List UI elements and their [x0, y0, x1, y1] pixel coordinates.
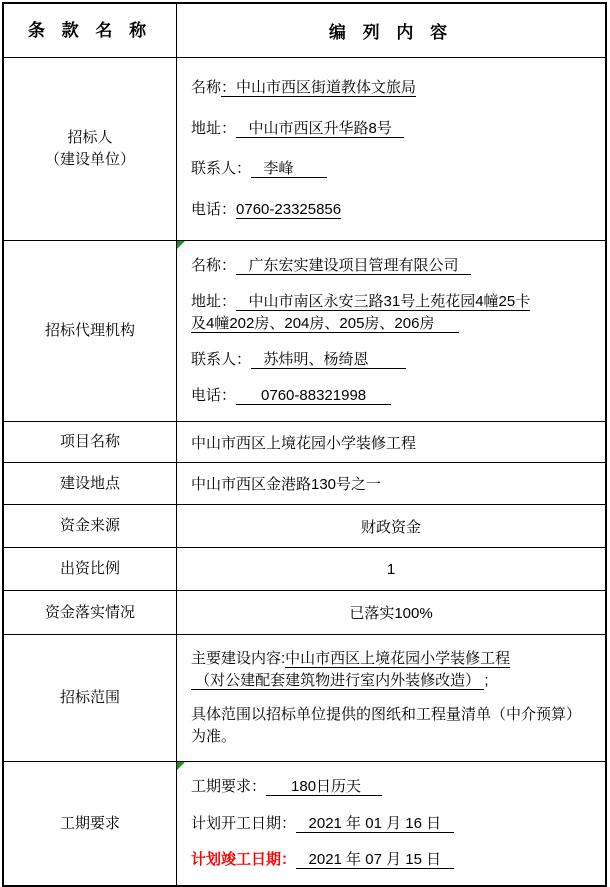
agency-address-line: 地址： 中山市南区永安三路31号上苑花园4幢25卡及4幢202房、204房、20… — [191, 291, 595, 335]
row-location: 建设地点 中山市西区金港路130号之一 — [4, 463, 605, 505]
tenderer-address-label: 地址： — [191, 120, 236, 137]
location-value: 中山市西区金港路130号之一 — [177, 463, 605, 504]
agency-address-value-line1: 中山市南区永安三路31号上苑花园4幢25卡 — [236, 293, 530, 311]
scope-main-line1: 中山市西区上境花园小学装修工程 — [285, 650, 510, 668]
schedule-finish-date-value: 2021 年 07 月 15 日 — [296, 851, 454, 869]
scope-main-label: 主要建设内容: — [191, 650, 285, 667]
project-name-value: 中山市西区上境花园小学装修工程 — [177, 422, 605, 462]
tenderer-phone-line: 电话：0760-23325856 — [191, 199, 595, 221]
schedule-label: 工期要求 — [4, 762, 177, 885]
tenderer-contact-label: 联系人： — [191, 160, 251, 177]
table-header-row: 条 款 名 称 编 列 内 容 — [4, 4, 605, 58]
tenderer-label-line2: （建设单位） — [45, 149, 135, 171]
agency-name-value: 广东宏实建设项目管理有限公司 — [236, 257, 471, 275]
tenderer-name-label: 名称 — [191, 79, 221, 96]
schedule-content-cell: 工期要求： 180日历天 计划开工日期： 2021 年 01 月 16 日 计划… — [177, 762, 605, 885]
funding-ratio-label: 出资比例 — [4, 548, 177, 590]
location-cell: 中山市西区金港路130号之一 — [177, 463, 605, 504]
funding-source-label: 资金来源 — [4, 505, 177, 547]
funding-source-value: 财政资金 — [177, 505, 605, 547]
scope-content-cell: 主要建设内容:中山市西区上境花园小学装修工程 （对公建配套建筑物进行室内外装修改… — [177, 635, 605, 761]
agency-address-label: 地址： — [191, 293, 236, 310]
tenderer-address-value: 中山市西区升华路8号 — [236, 120, 404, 138]
header-content: 编 列 内 容 — [177, 4, 605, 57]
agency-label: 招标代理机构 — [4, 241, 177, 421]
funding-source-cell: 财政资金 — [177, 505, 605, 547]
tenderer-content-cell: 名称：中山市西区街道教体文旅局 地址： 中山市西区升华路8号 联系人： 李峰 电… — [177, 58, 605, 240]
row-scope: 招标范围 主要建设内容:中山市西区上境花园小学装修工程 （对公建配套建筑物进行室… — [4, 635, 605, 762]
agency-contact-line: 联系人： 苏炜明、杨绮恩 — [191, 349, 595, 371]
funding-status-cell: 已落实100% — [177, 591, 605, 634]
comment-flag-icon — [177, 241, 185, 249]
project-name-label: 项目名称 — [4, 422, 177, 462]
agency-contact-value: 苏炜明、杨绮恩 — [251, 351, 406, 369]
schedule-duration-label: 工期要求： — [191, 778, 266, 795]
row-agency: 招标代理机构 名称： 广东宏实建设项目管理有限公司 地址： 中山市南区永安三路3… — [4, 241, 605, 422]
tenderer-phone-value: 0760-23325856 — [236, 201, 341, 219]
row-funding-source: 资金来源 财政资金 — [4, 505, 605, 548]
agency-contact-label: 联系人： — [191, 351, 251, 368]
funding-status-label: 资金落实情况 — [4, 591, 177, 634]
tenderer-phone-label: 电话： — [191, 201, 236, 218]
row-project-name: 项目名称 中山市西区上境花园小学装修工程 — [4, 422, 605, 463]
scope-main-line2: （对公建配套建筑物进行室内外装修改造） — [191, 672, 484, 690]
project-name-cell: 中山市西区上境花园小学装修工程 — [177, 422, 605, 462]
tender-info-table: 条 款 名 称 编 列 内 容 招标人 （建设单位） 名称：中山市西区街道教体文… — [2, 2, 607, 887]
agency-phone-label: 电话： — [191, 387, 236, 404]
row-funding-status: 资金落实情况 已落实100% — [4, 591, 605, 635]
schedule-duration-line: 工期要求： 180日历天 — [191, 776, 595, 798]
tenderer-contact-line: 联系人： 李峰 — [191, 158, 595, 180]
schedule-finish-date-label: 计划竣工日期： — [191, 851, 296, 868]
schedule-duration-value: 180日历天 — [266, 778, 382, 796]
schedule-finish-date-line: 计划竣工日期： 2021 年 07 月 15 日 — [191, 849, 595, 871]
agency-address-value-line2: 及4幢202房、204房、205房、206房 — [191, 315, 459, 333]
funding-ratio-cell: 1 — [177, 548, 605, 590]
agency-phone-line: 电话： 0760-88321998 — [191, 385, 595, 407]
funding-status-value: 已落实100% — [177, 591, 605, 634]
row-funding-ratio: 出资比例 1 — [4, 548, 605, 591]
tenderer-label-line1: 招标人 — [67, 127, 112, 149]
scope-main-suffix: ; — [484, 672, 488, 689]
funding-ratio-value: 1 — [177, 548, 605, 590]
row-schedule: 工期要求 工期要求： 180日历天 计划开工日期： 2021 年 01 月 16… — [4, 762, 605, 885]
scope-main-paragraph: 主要建设内容:中山市西区上境花园小学装修工程 （对公建配套建筑物进行室内外装修改… — [191, 648, 595, 692]
tenderer-label: 招标人 （建设单位） — [4, 58, 177, 240]
agency-phone-value: 0760-88321998 — [236, 387, 391, 405]
agency-content-cell: 名称： 广东宏实建设项目管理有限公司 地址： 中山市南区永安三路31号上苑花园4… — [177, 241, 605, 421]
location-label: 建设地点 — [4, 463, 177, 504]
agency-name-label: 名称： — [191, 257, 236, 274]
schedule-start-date-line: 计划开工日期： 2021 年 01 月 16 日 — [191, 813, 595, 835]
header-clause-name: 条 款 名 称 — [4, 4, 177, 57]
row-tenderer: 招标人 （建设单位） 名称：中山市西区街道教体文旅局 地址： 中山市西区升华路8… — [4, 58, 605, 241]
tenderer-address-line: 地址： 中山市西区升华路8号 — [191, 118, 595, 140]
schedule-start-date-label: 计划开工日期： — [191, 815, 296, 832]
scope-detail-paragraph: 具体范围以招标单位提供的图纸和工程量清单（中介预算）为准。 — [191, 704, 595, 748]
comment-flag-icon — [177, 762, 185, 770]
schedule-start-date-value: 2021 年 01 月 16 日 — [296, 815, 454, 833]
agency-name-line: 名称： 广东宏实建设项目管理有限公司 — [191, 255, 595, 277]
tenderer-name-value: ：中山市西区街道教体文旅局 — [221, 79, 416, 97]
tenderer-name-line: 名称：中山市西区街道教体文旅局 — [191, 77, 595, 99]
scope-label: 招标范围 — [4, 635, 177, 761]
tenderer-contact-value: 李峰 — [251, 160, 327, 178]
